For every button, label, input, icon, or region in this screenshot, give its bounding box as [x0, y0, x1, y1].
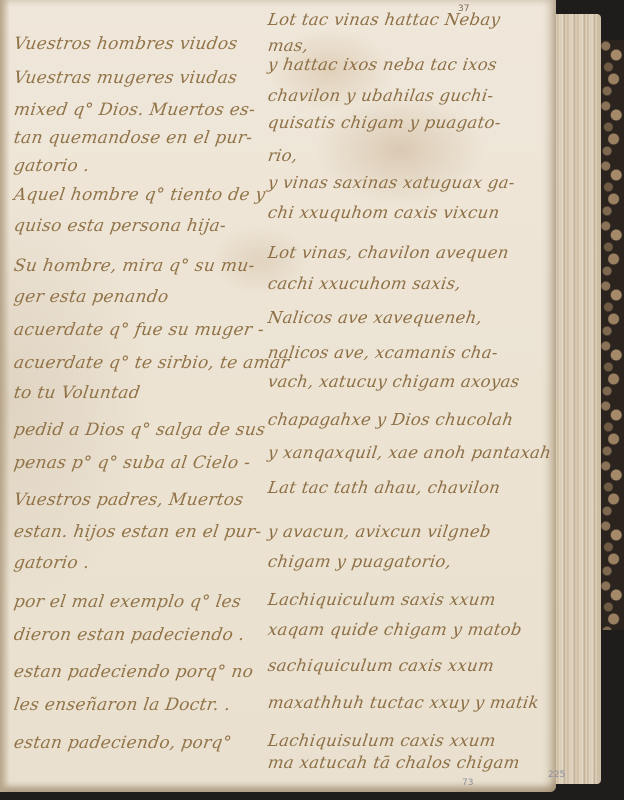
- folio-number-bottom: 73: [462, 778, 473, 788]
- manuscript-line: estan padeciendo porq° no: [13, 662, 255, 682]
- manuscript-line: Vuestros hombres viudos: [13, 34, 239, 54]
- manuscript-line: chigam y puagatorio,: [267, 552, 453, 571]
- manuscript-line: chi xxuquhom caxis vixcun: [267, 203, 501, 222]
- manuscript-page: Vuestros hombres viudosVuestras mugeres …: [0, 0, 556, 792]
- manuscript-line: estan padeciendo, porq°: [13, 733, 233, 753]
- manuscript-line: Nalicos ave xavequeneh,: [267, 308, 484, 327]
- manuscript-line: sachiquiculum caxis xxum: [267, 656, 496, 675]
- manuscript-line: mixed q° Dios. Muertos es-: [13, 100, 257, 120]
- manuscript-line: y vinas saxinas xatuguax ga-: [267, 173, 516, 192]
- manuscript-line: vach, xatucuy chigam axoyas: [267, 372, 521, 391]
- manuscript-line: cachi xxucuhom saxis,: [267, 274, 463, 293]
- manuscript-line: Lachiquiculum saxis xxum: [267, 590, 497, 609]
- manuscript-line: Vuestras mugeres viudas: [13, 68, 239, 88]
- manuscript-line: rio,: [267, 146, 299, 165]
- manuscript-line: y hattac ixos neba tac ixos: [267, 55, 499, 74]
- manuscript-line: por el mal exemplo q° les: [13, 592, 243, 612]
- manuscript-line: acuerdate q° fue su muger -: [13, 320, 266, 340]
- manuscript-line: Aquel hombre q° tiento de y: [13, 185, 267, 205]
- manuscript-line: quiso esta persona hija-: [13, 216, 228, 236]
- manuscript-line: chavilon y ubahilas guchi-: [267, 86, 495, 105]
- manuscript-line: estan. hijos estan en el pur-: [13, 522, 263, 542]
- manuscript-line: y avacun, avixcun vilgneb: [267, 522, 493, 541]
- marbled-endpaper: [598, 40, 624, 630]
- manuscript-line: chapagahxe y Dios chucolah: [267, 410, 515, 429]
- binding-gutter: [0, 0, 10, 792]
- manuscript-line: Lat tac tath ahau, chavilon: [267, 478, 502, 497]
- manuscript-line: dieron estan padeciendo .: [13, 625, 246, 645]
- manuscript-line: quisatis chigam y puagato-: [267, 113, 502, 132]
- manuscript-line: Vuestros padres, Muertos: [13, 490, 245, 510]
- manuscript-line: acuerdate q° te sirbio, te amar: [13, 353, 291, 373]
- manuscript-line: penas p° q° suba al Cielo -: [13, 453, 252, 473]
- folio-number-top: 37: [458, 4, 469, 14]
- manuscript-line: xaqam quide chigam y matob: [267, 620, 524, 639]
- manuscript-line: Su hombre, mira q° su mu-: [13, 256, 256, 276]
- manuscript-line: gatorio .: [13, 553, 91, 573]
- manuscript-line: nalicos ave, xcamanis cha-: [267, 343, 500, 362]
- manuscript-line: to tu Voluntad: [13, 383, 142, 403]
- manuscript-line: gatorio .: [13, 156, 91, 176]
- manuscript-line: pedid a Dios q° salga de sus: [13, 420, 267, 440]
- manuscript-line: Lot vinas, chavilon avequen: [267, 243, 510, 262]
- manuscript-line: Lachiquisulum caxis xxum: [267, 731, 497, 750]
- manuscript-line: mas,: [267, 36, 310, 55]
- manuscript-line: les enseñaron la Doctr. .: [13, 695, 232, 715]
- manuscript-line: ger esta penando: [13, 287, 170, 307]
- manuscript-line: maxathhuh tuctac xxuy y matik: [267, 693, 541, 712]
- manuscript-line: ma xatucah tā chalos chigam: [267, 753, 521, 772]
- manuscript-line: y xanqaxquil, xae anoh pantaxah: [267, 443, 553, 462]
- archive-number: 225: [548, 770, 565, 780]
- manuscript-line: tan quemandose en el pur-: [13, 128, 254, 148]
